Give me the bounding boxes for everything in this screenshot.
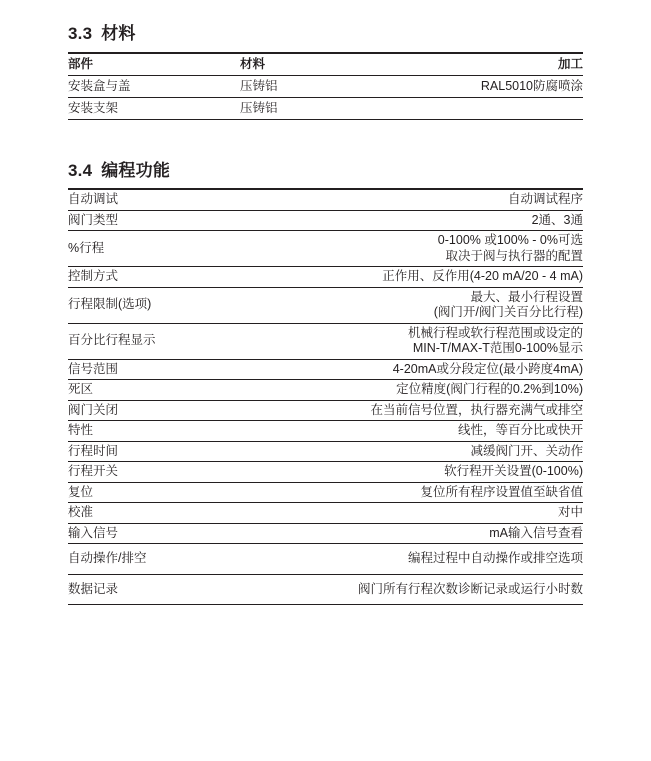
spec-row: 阀门关闭 在当前信号位置，执行器充满气或排空	[68, 401, 583, 422]
spec-row: 复位 复位所有程序设置值至缺省值	[68, 483, 583, 504]
spec-label: 校准	[68, 505, 93, 521]
section-heading-programming: 3.4编程功能	[68, 156, 583, 181]
spec-row: %行程 0-100% 或100% - 0%可选 取决于阀与执行器的配置	[68, 231, 583, 267]
spec-value: 对中	[93, 505, 583, 521]
spec-label: 特性	[68, 423, 93, 439]
spec-row: 自动操作/排空 编程过程中自动操作或排空选项	[68, 544, 583, 575]
cell-material: 压铸铝	[240, 101, 412, 116]
spec-label: 自动操作/排空	[68, 551, 146, 567]
spec-label: 阀门类型	[68, 213, 118, 229]
spec-label: 行程限制(选项)	[68, 297, 151, 313]
table-row: 安装支架 压铸铝	[68, 98, 583, 120]
spec-value: 阀门所有行程次数诊断记录或运行小时数	[118, 582, 583, 598]
spec-row: 行程时间 减缓阀门开、关动作	[68, 442, 583, 463]
spec-row: 自动调试 自动调试程序	[68, 190, 583, 211]
spec-value: 软行程开关设置(0-100%)	[118, 464, 583, 480]
spec-row: 控制方式 正作用、反作用(4-20 mA/20 - 4 mA)	[68, 267, 583, 288]
spec-label: 自动调试	[68, 192, 118, 208]
spec-row: 行程开关 软行程开关设置(0-100%)	[68, 462, 583, 483]
document-page: 3.3材料 部件 材料 加工 安装盒与盖 压铸铝 RAL5010防腐喷涂 安装支…	[0, 0, 651, 761]
spec-label: 数据记录	[68, 582, 118, 598]
spec-label: 控制方式	[68, 269, 118, 285]
spec-row: 行程限制(选项) 最大、最小行程设置 (阀门开/阀门关百分比行程)	[68, 288, 583, 324]
materials-header-row: 部件 材料 加工	[68, 54, 583, 76]
cell-part: 安装支架	[68, 101, 240, 116]
column-header-material: 材料	[240, 57, 412, 72]
spec-row: 特性 线性，等百分比或快开	[68, 421, 583, 442]
spec-value: 最大、最小行程设置 (阀门开/阀门关百分比行程)	[151, 290, 583, 321]
spec-label: 死区	[68, 382, 93, 398]
spec-value: 2通、3通	[118, 213, 583, 229]
spec-row: 校准 对中	[68, 503, 583, 524]
section-heading-materials: 3.3材料	[68, 19, 583, 44]
column-header-part: 部件	[68, 57, 240, 72]
spec-value: 减缓阀门开、关动作	[118, 444, 583, 460]
spec-row: 阀门类型 2通、3通	[68, 211, 583, 232]
spec-value: 自动调试程序	[118, 192, 583, 208]
section-title: 材料	[101, 24, 135, 43]
cell-finish: RAL5010防腐喷涂	[412, 79, 584, 94]
programming-table: 自动调试 自动调试程序 阀门类型 2通、3通 %行程 0-100% 或100% …	[68, 188, 583, 605]
table-row: 安装盒与盖 压铸铝 RAL5010防腐喷涂	[68, 76, 583, 98]
spec-label: 行程开关	[68, 464, 118, 480]
column-header-finish: 加工	[412, 57, 584, 72]
cell-part: 安装盒与盖	[68, 79, 240, 94]
spec-label: 阀门关闭	[68, 403, 118, 419]
cell-material: 压铸铝	[240, 79, 412, 94]
spec-value: mA输入信号查看	[118, 526, 583, 542]
spec-value: 线性，等百分比或快开	[93, 423, 583, 439]
spec-value: 4-20mA或分段定位(最小跨度4mA)	[118, 362, 583, 378]
spec-label: 百分比行程显示	[68, 333, 156, 349]
spec-row: 死区 定位精度(阀门行程的0.2%到10%)	[68, 380, 583, 401]
spec-row: 百分比行程显示 机械行程或软行程范围或设定的 MIN-T/MAX-T范围0-10…	[68, 324, 583, 360]
spec-row: 信号范围 4-20mA或分段定位(最小跨度4mA)	[68, 360, 583, 381]
spec-value: 机械行程或软行程范围或设定的 MIN-T/MAX-T范围0-100%显示	[156, 326, 583, 357]
spec-value: 0-100% 或100% - 0%可选 取决于阀与执行器的配置	[104, 233, 583, 264]
spec-value: 在当前信号位置，执行器充满气或排空	[118, 403, 583, 419]
spec-row: 数据记录 阀门所有行程次数诊断记录或运行小时数	[68, 575, 583, 606]
spec-label: 复位	[68, 485, 93, 501]
materials-table: 部件 材料 加工 安装盒与盖 压铸铝 RAL5010防腐喷涂 安装支架 压铸铝	[68, 52, 583, 120]
section-title: 编程功能	[101, 161, 170, 180]
section-number: 3.3	[68, 24, 92, 43]
spec-value: 正作用、反作用(4-20 mA/20 - 4 mA)	[118, 269, 583, 285]
spec-value: 复位所有程序设置值至缺省值	[93, 485, 583, 501]
section-number: 3.4	[68, 161, 92, 180]
spec-row: 输入信号 mA输入信号查看	[68, 524, 583, 545]
spec-label: 输入信号	[68, 526, 118, 542]
spec-label: 信号范围	[68, 362, 118, 378]
spec-label: %行程	[68, 241, 104, 257]
spec-label: 行程时间	[68, 444, 118, 460]
spec-value: 编程过程中自动操作或排空选项	[146, 551, 583, 567]
spec-value: 定位精度(阀门行程的0.2%到10%)	[93, 382, 583, 398]
